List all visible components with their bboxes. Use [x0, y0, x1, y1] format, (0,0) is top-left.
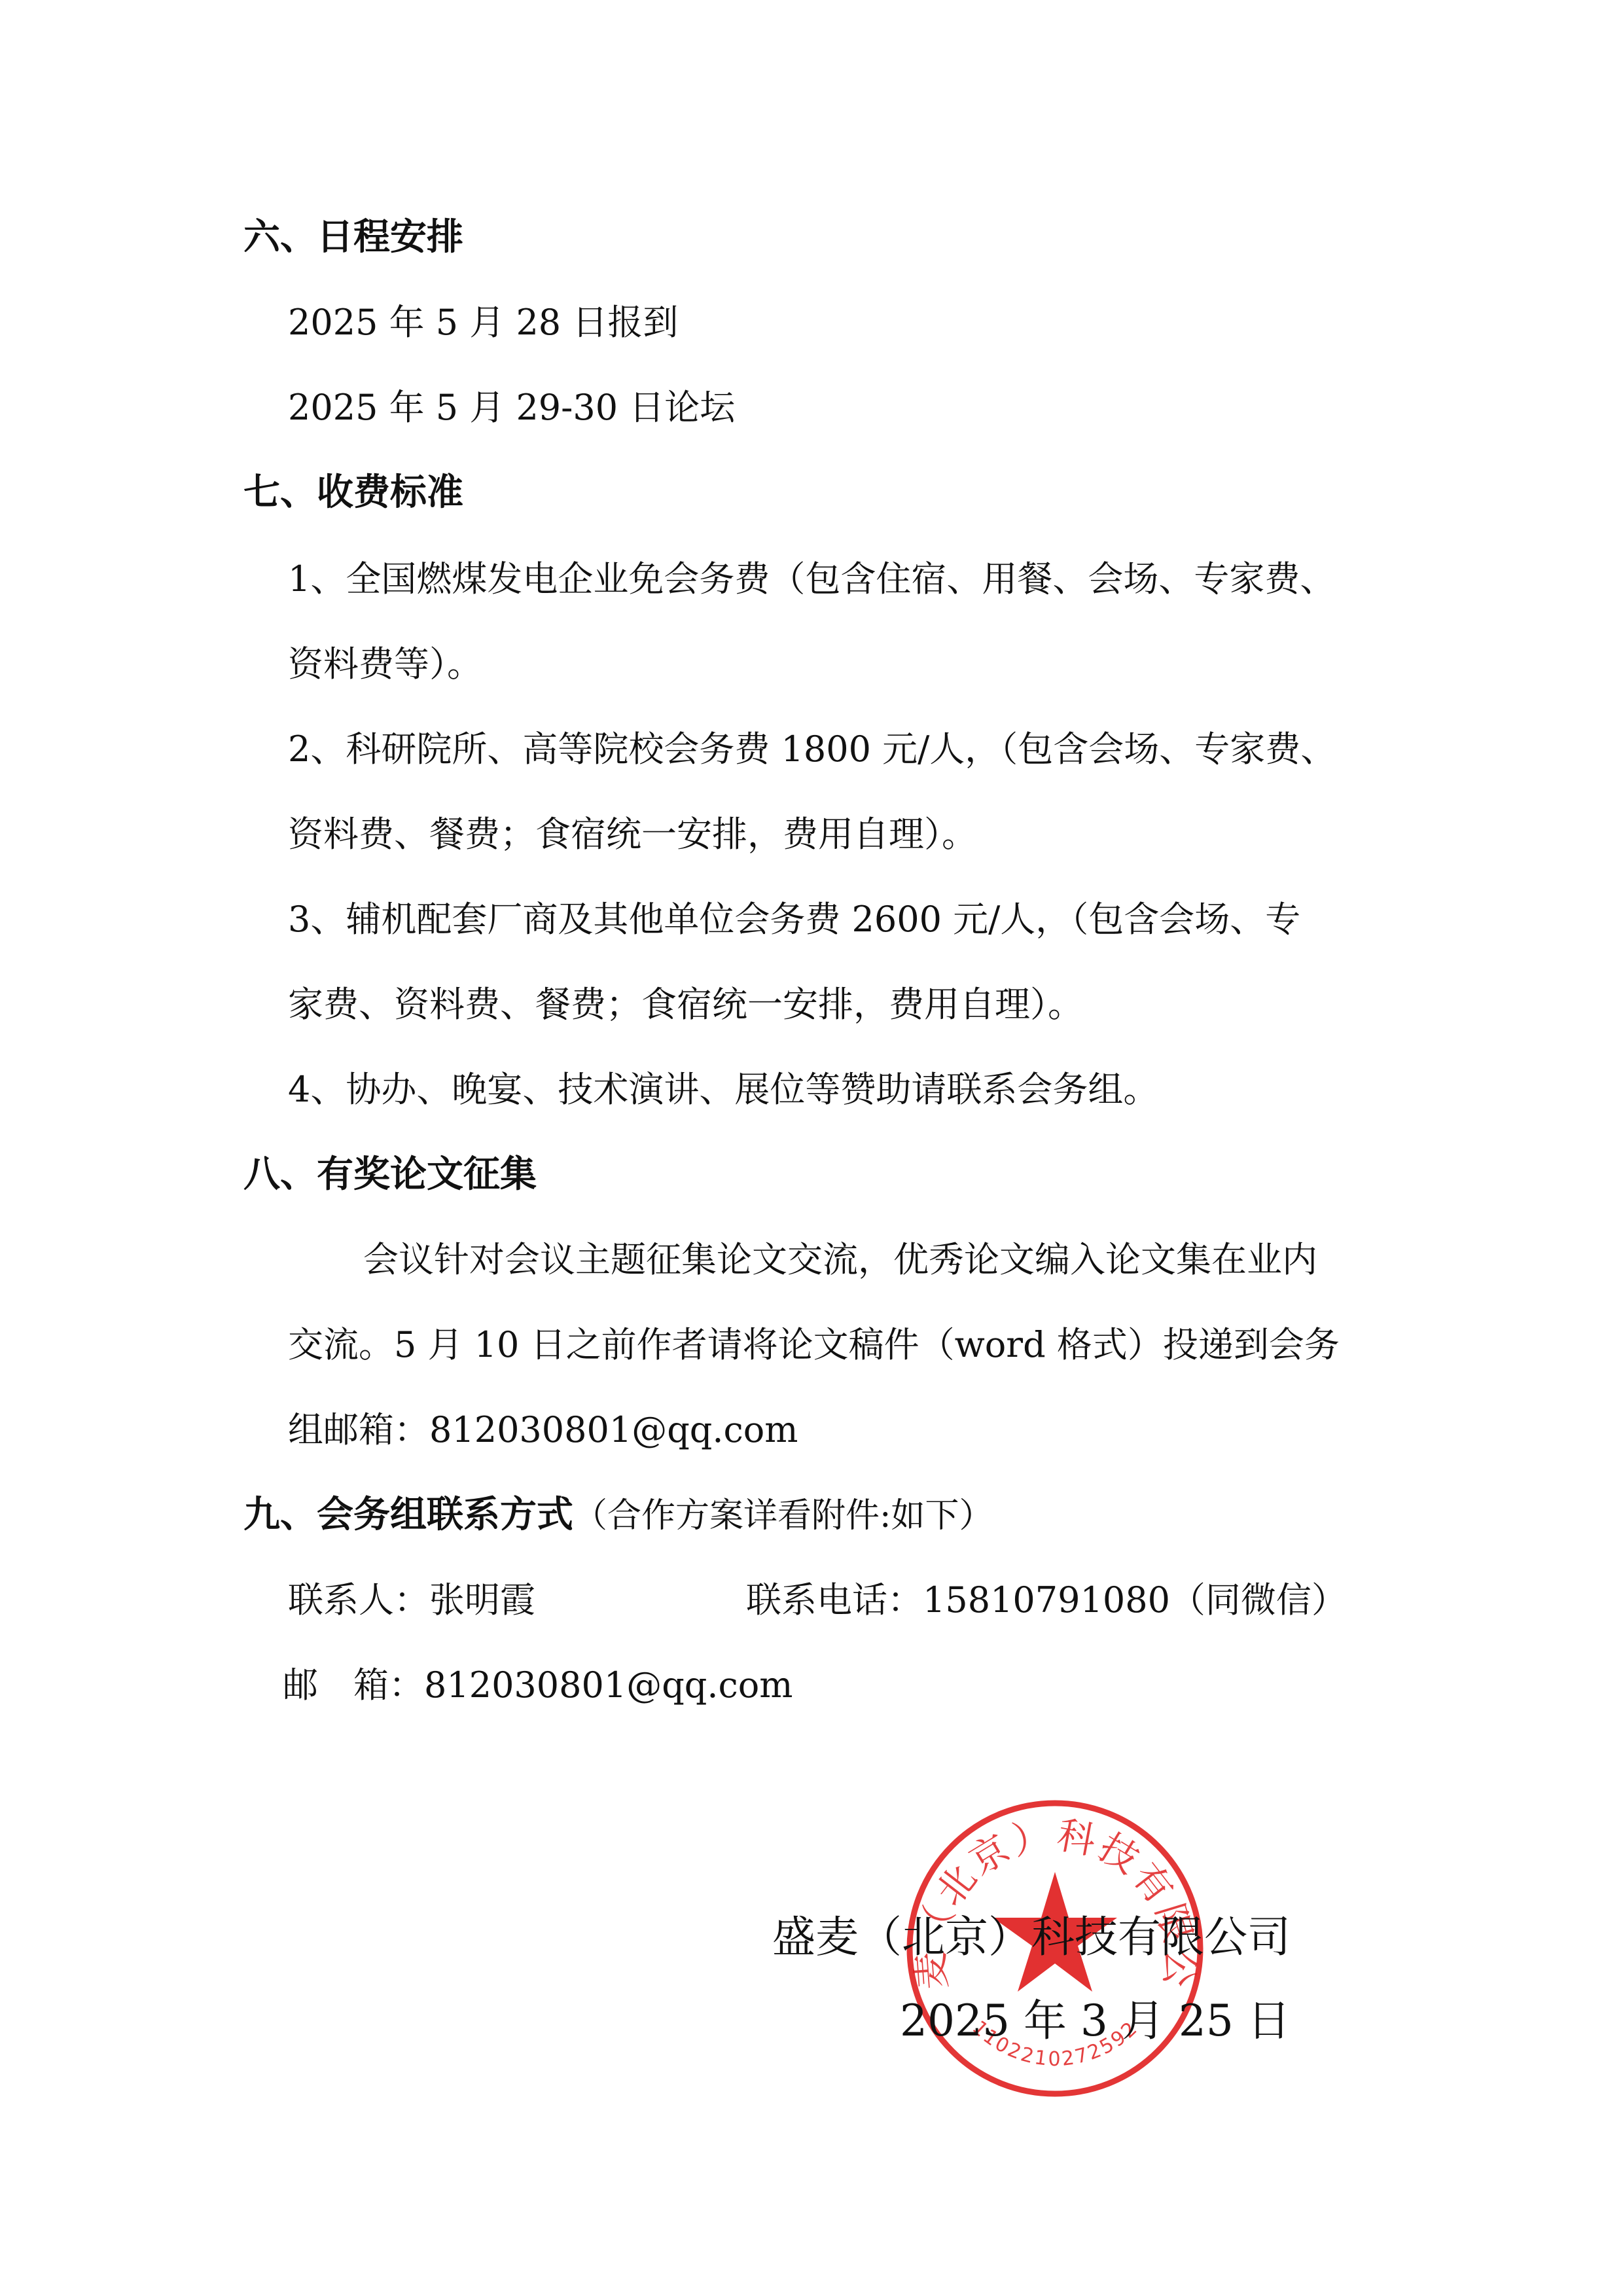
contact-email-label: 邮 箱：	[283, 1664, 424, 1706]
section-9-heading: 九、会务组联系方式（合作方案详看附件:如下）	[243, 1492, 993, 1539]
signature-company: 盛麦（北京）科技有限公司	[772, 1911, 1291, 1964]
fee-line-3: 2、科研院所、高等院校会务费 1800 元/人，（包含会场、专家费、	[288, 726, 1336, 772]
fee-line-2: 资料费等）。	[288, 641, 482, 687]
contact-phone: 联系电话：15810791080（同微信）	[746, 1577, 1347, 1623]
contact-phone-label: 联系电话：	[746, 1579, 923, 1621]
section-9-title: 九、会务组联系方式	[243, 1494, 573, 1536]
section-6-heading: 六、日程安排	[243, 215, 463, 260]
paper-line-2: 交流。5 月 10 日之前作者请将论文稿件（word 格式）投递到会务	[288, 1322, 1340, 1368]
fee-line-5: 3、辅机配套厂商及其他单位会务费 2600 元/人，（包含会场、专	[288, 897, 1300, 942]
contact-phone-number: 15810791080（同微信）	[923, 1579, 1347, 1621]
section-7-heading: 七、收费标准	[243, 470, 463, 516]
fee-line-6: 家费、资料费、餐费；食宿统一安排，费用自理）。	[288, 982, 1083, 1028]
contact-person: 联系人：张明霞	[288, 1577, 535, 1623]
schedule-line-1: 2025 年 5 月 28 日报到	[288, 300, 678, 346]
contact-person-name: 张明霞	[429, 1579, 535, 1621]
fee-line-1: 1、全国燃煤发电企业免会务费（包含住宿、用餐、会场、专家费、	[288, 556, 1335, 602]
fee-line-4: 资料费、餐费；食宿统一安排，费用自理）。	[288, 812, 977, 857]
contact-email-address: 812030801@qq.com	[424, 1664, 793, 1706]
paper-line-1: 会议针对会议主题征集论文交流，优秀论文编入论文集在业内	[363, 1237, 1317, 1283]
contact-person-label: 联系人：	[288, 1579, 429, 1621]
paper-line-3: 组邮箱：812030801@qq.com	[288, 1407, 798, 1453]
fee-line-7: 4、协办、晚宴、技术演讲、展位等赞助请联系会务组。	[288, 1067, 1158, 1113]
schedule-line-2: 2025 年 5 月 29-30 日论坛	[288, 385, 735, 431]
section-9-note: （合作方案详看附件:如下）	[573, 1496, 993, 1535]
section-8-heading: 八、有奖论文征集	[243, 1152, 537, 1198]
signature-date: 2025 年 3 月 25 日	[900, 1995, 1291, 2047]
contact-email: 邮 箱：812030801@qq.com	[283, 1662, 793, 1708]
